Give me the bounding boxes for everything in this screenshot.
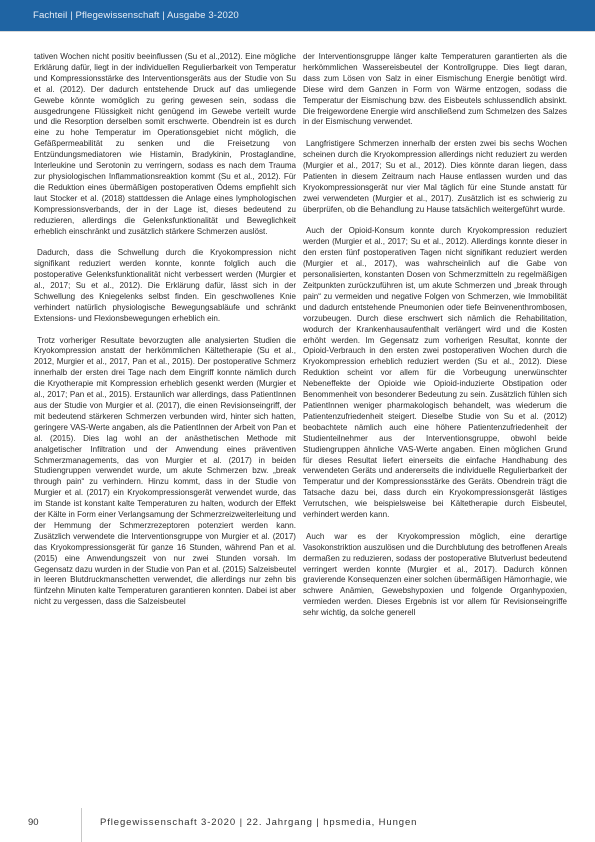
paragraph: Auch war es der Kryokompression möglich,… (303, 532, 567, 619)
header-title: Fachteil | Pflegewissenschaft | Ausgabe … (33, 10, 239, 21)
footer-divider (81, 808, 82, 842)
footer-citation: Pflegewissenschaft 3-2020 | 22. Jahrgang… (100, 817, 417, 828)
page-number: 90 (28, 817, 39, 828)
paragraph: Auch der Opioid-Konsum konnte durch Kryo… (303, 226, 567, 520)
right-column: der Interventionsgruppe länger kalte Tem… (303, 52, 567, 619)
paragraph: Trotz vorheriger Resultate bevorzugten a… (34, 336, 296, 609)
left-column: tativen Wochen nicht positiv beeinflusse… (34, 52, 296, 608)
paragraph: der Interventionsgruppe länger kalte Tem… (303, 52, 567, 128)
running-header: Fachteil | Pflegewissenschaft | Ausgabe … (0, 0, 595, 32)
paragraph: tativen Wochen nicht positiv beeinflusse… (34, 52, 296, 237)
paragraph: Dadurch, dass die Schwellung durch die K… (34, 248, 296, 324)
paragraph: Langfristigere Schmerzen innerhalb der e… (303, 139, 567, 215)
